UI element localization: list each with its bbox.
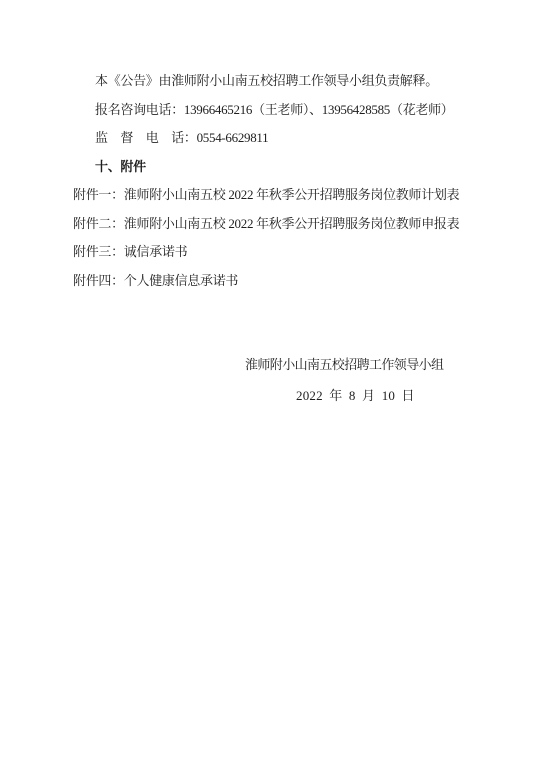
heading-attachments-section: 十、附件 <box>73 153 475 182</box>
paragraph-interpretation-note: 本《公告》由淮师附小山南五校招聘工作领导小组负责解释。 <box>73 67 475 96</box>
attachment-item-4: 附件四：个人健康信息承诺书 <box>73 267 475 296</box>
document-body: 本《公告》由淮师附小山南五校招聘工作领导小组负责解释。 报名咨询电话：13966… <box>73 67 475 295</box>
attachment-item-2: 附件二：淮师附小山南五校 2022 年秋季公开招聘服务岗位教师申报表 <box>73 210 475 239</box>
attachment-item-3: 附件三：诚信承诺书 <box>73 238 475 267</box>
attachment-item-1: 附件一：淮师附小山南五校 2022 年秋季公开招聘服务岗位教师计划表 <box>73 181 475 210</box>
paragraph-registration-consult-phone: 报名咨询电话：13966465216（王老师）、13956428585（花老师） <box>73 96 475 125</box>
signature-organization: 淮师附小山南五校招聘工作领导小组 <box>245 357 443 372</box>
paragraph-supervision-phone: 监 督 电 话：0554-6629811 <box>73 124 475 153</box>
signature-date: 2022 年 8 月 10 日 <box>296 388 415 403</box>
document-page: 本《公告》由淮师附小山南五校招聘工作领导小组负责解释。 报名咨询电话：13966… <box>0 0 547 773</box>
